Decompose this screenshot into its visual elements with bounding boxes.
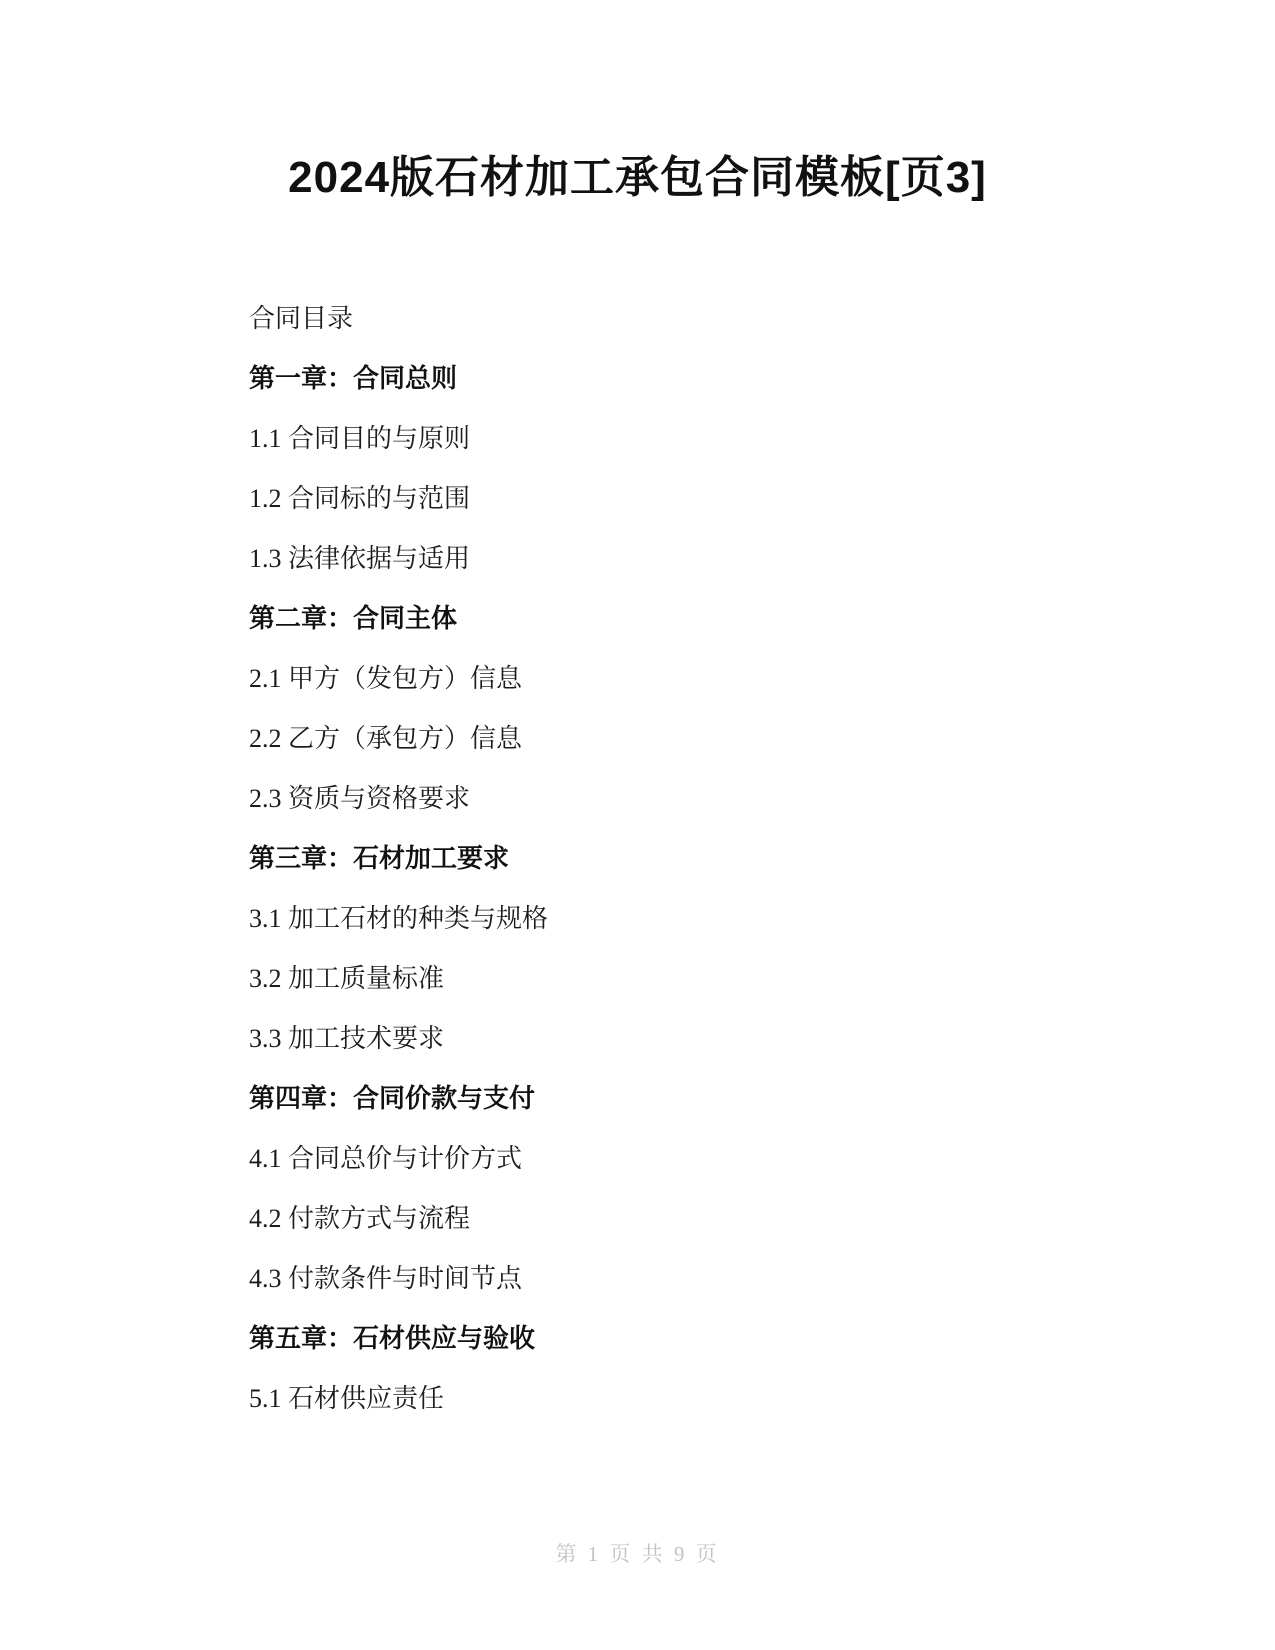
document-page: 2024版石材加工承包合同模板[页3] 合同目录 第一章：合同总则 1.1 合同… bbox=[0, 0, 1275, 1650]
chapter-1-title: 第一章：合同总则 bbox=[249, 362, 1095, 395]
toc-heading: 合同目录 bbox=[249, 302, 1095, 335]
chapter-3-title: 第三章：石材加工要求 bbox=[249, 842, 1095, 875]
toc-item-4-3: 4.3 付款条件与时间节点 bbox=[249, 1262, 1095, 1295]
table-of-contents: 合同目录 第一章：合同总则 1.1 合同目的与原则 1.2 合同标的与范围 1.… bbox=[0, 302, 1275, 1415]
toc-item-2-1: 2.1 甲方（发包方）信息 bbox=[249, 662, 1095, 695]
toc-item-2-2: 2.2 乙方（承包方）信息 bbox=[249, 722, 1095, 755]
document-title: 2024版石材加工承包合同模板[页3] bbox=[0, 0, 1275, 206]
toc-item-1-1: 1.1 合同目的与原则 bbox=[249, 422, 1095, 455]
toc-item-3-1: 3.1 加工石材的种类与规格 bbox=[249, 902, 1095, 935]
chapter-5-title: 第五章：石材供应与验收 bbox=[249, 1322, 1095, 1355]
toc-item-1-3: 1.3 法律依据与适用 bbox=[249, 542, 1095, 575]
toc-item-3-2: 3.2 加工质量标准 bbox=[249, 962, 1095, 995]
toc-item-2-3: 2.3 资质与资格要求 bbox=[249, 782, 1095, 815]
toc-item-5-1: 5.1 石材供应责任 bbox=[249, 1382, 1095, 1415]
page-footer: 第 1 页 共 9 页 bbox=[0, 1541, 1275, 1567]
toc-item-1-2: 1.2 合同标的与范围 bbox=[249, 482, 1095, 515]
chapter-4-title: 第四章：合同价款与支付 bbox=[249, 1082, 1095, 1115]
chapter-2-title: 第二章：合同主体 bbox=[249, 602, 1095, 635]
toc-item-4-2: 4.2 付款方式与流程 bbox=[249, 1202, 1095, 1235]
toc-item-4-1: 4.1 合同总价与计价方式 bbox=[249, 1142, 1095, 1175]
toc-item-3-3: 3.3 加工技术要求 bbox=[249, 1022, 1095, 1055]
